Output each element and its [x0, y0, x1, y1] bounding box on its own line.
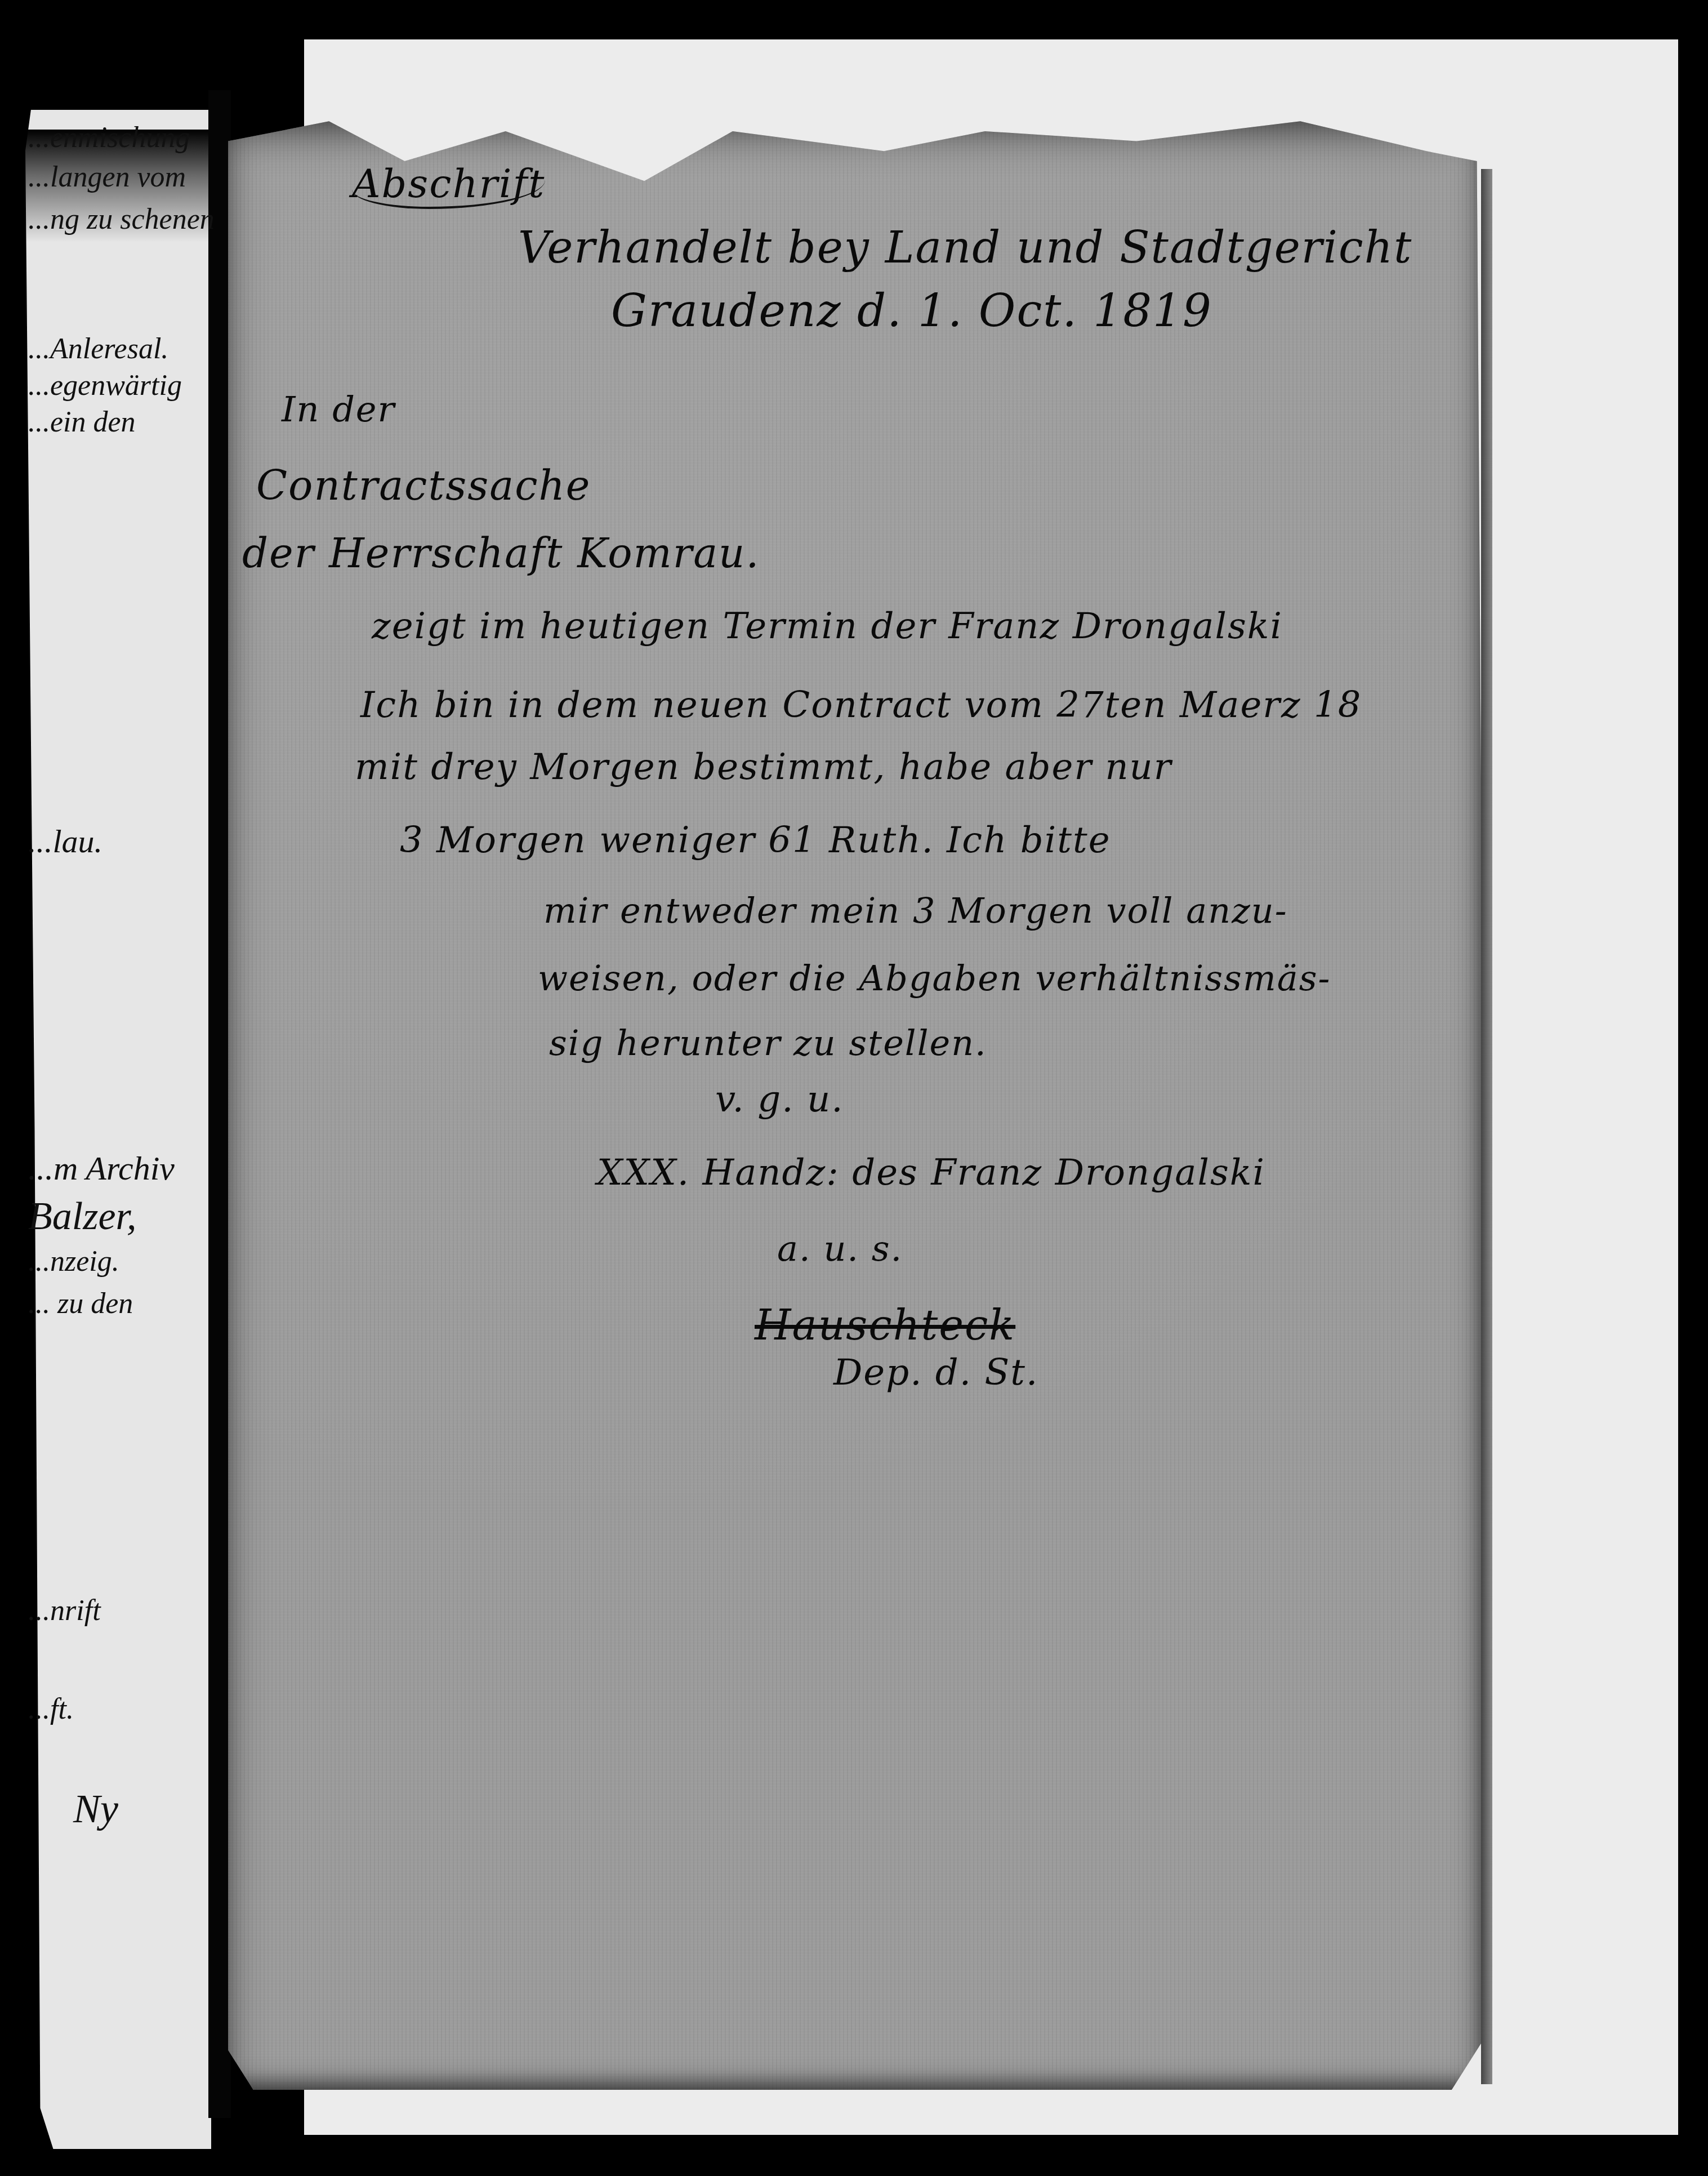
signature: Hauschteck: [755, 1301, 1015, 1350]
title-line: Verhandelt bey Land und Stadtgericht: [518, 223, 1412, 273]
page-edge: [1481, 169, 1492, 2084]
body-line: 3 Morgen weniger 61 Ruth. Ich bitte: [400, 820, 1111, 861]
heading-abschrift: Abschrift: [352, 161, 545, 209]
margin-fragment: ...ng zu schenen: [28, 203, 215, 236]
margin-fragment: ...ein den: [28, 406, 136, 439]
margin-fragment: ...langen vom: [28, 161, 186, 194]
body-line: mir entweder mein 3 Morgen voll anzu-: [543, 890, 1288, 931]
addressee-line-2: Contractssache: [256, 462, 591, 509]
margin-fragment: ...nzeig.: [28, 1245, 119, 1278]
body-line: sig herunter zu stellen.: [549, 1022, 987, 1063]
scanned-page: [228, 101, 1490, 2090]
body-line: weisen, oder die Abgaben verhältnissmäs-: [538, 958, 1331, 999]
signature-title: Dep. d. St.: [833, 1352, 1038, 1394]
addressee-line-3: der Herrschaft Komrau.: [242, 529, 760, 577]
margin-fragment: ...egenwärtig: [28, 369, 182, 402]
margin-fragment: ...Anleresal.: [28, 332, 168, 366]
margin-initials: Ny: [73, 1786, 118, 1832]
margin-fragment: ...m Archiv: [28, 1149, 175, 1188]
closing-abbreviation: v. g. u.: [715, 1079, 844, 1120]
margin-fragment: ...nrift: [28, 1594, 101, 1627]
addressee-line-1: In der: [282, 389, 395, 430]
margin-fragment: ...ft.: [28, 1693, 74, 1726]
body-line: mit drey Morgen bestimmt, habe aber nur: [355, 746, 1172, 788]
margin-fragment: ...lau.: [28, 822, 102, 860]
margin-fragment: ... zu den: [28, 1287, 133, 1320]
attest-abbreviation: a. u. s.: [777, 1228, 903, 1269]
body-line: Ich bin in dem neuen Contract vom 27ten …: [360, 684, 1362, 726]
margin-fragment: Balzer,: [28, 1194, 137, 1239]
binding-gutter: [208, 90, 231, 2118]
place-date: Graudenz d. 1. Oct. 1819: [611, 284, 1212, 337]
body-line: zeigt im heutigen Termin der Franz Drong…: [372, 606, 1283, 647]
margin-fragment: ...enmischung: [28, 121, 190, 154]
mark-line: XXX. Handz: des Franz Drongalski: [597, 1152, 1265, 1194]
